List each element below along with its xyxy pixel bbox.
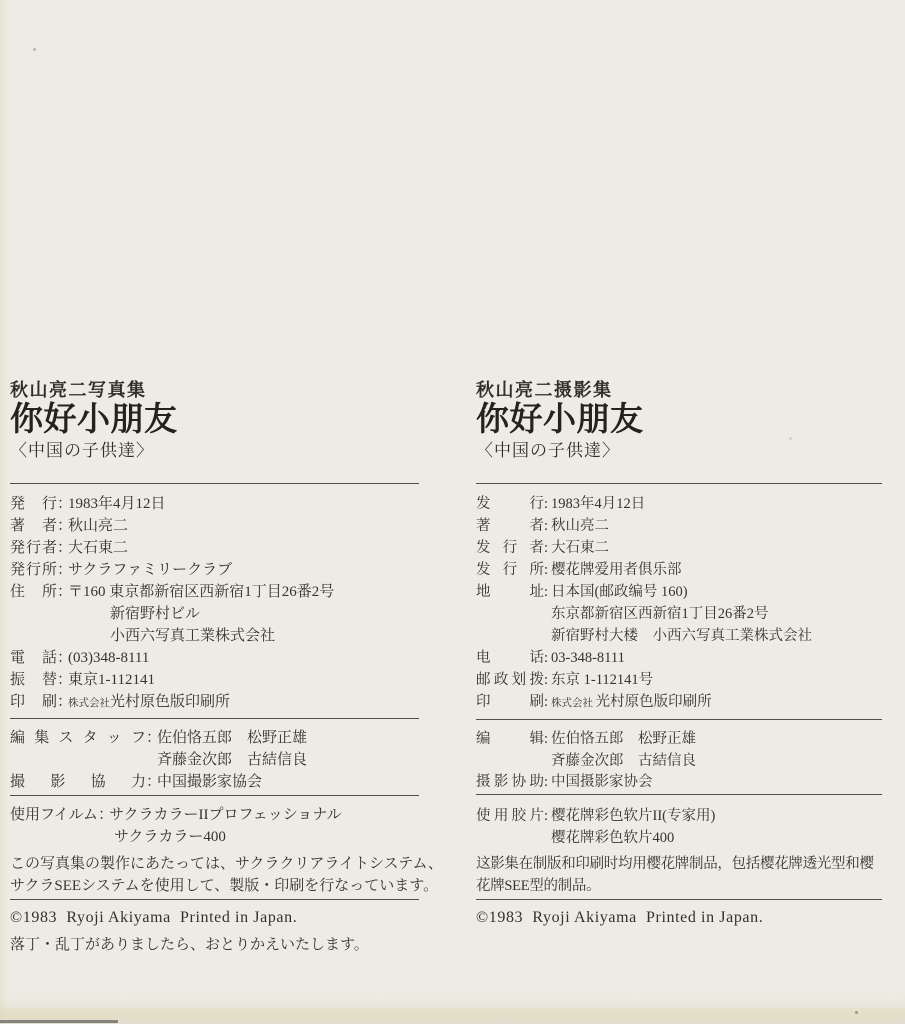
field-value: 大石東二 — [551, 540, 609, 556]
divider-rule — [476, 899, 882, 900]
field-label: 使用フイルム — [10, 804, 98, 826]
field-colon: ： — [146, 727, 157, 749]
field-colon: : — [544, 669, 551, 691]
field-value: (03)348-8111 — [68, 650, 149, 666]
divider-rule — [10, 718, 419, 719]
field-label: 住 所 — [10, 581, 57, 603]
continuation-line: 新宿野村大楼 小西六写真工業株式会社 — [476, 625, 882, 647]
field-label: 编 辑 — [476, 728, 544, 750]
field-label: 发行者 — [476, 537, 544, 559]
field-label: 編 集 ス タ ッ フ — [10, 727, 146, 749]
left-column: 秋山亮二写真集 你好小朋友 〈中国の子供達〉 発 行：1983年4月12日 著 … — [10, 0, 419, 1024]
continuation-line: 斉藤金次郎 古結信良 — [10, 749, 419, 771]
field-colon: ： — [98, 804, 109, 826]
field-colon: ： — [57, 493, 68, 515]
field-colon: : — [544, 515, 551, 537]
field-label: 印 刷 — [476, 691, 544, 713]
field-colon: : — [544, 691, 551, 713]
field-value: サクラファミリークラブ — [68, 562, 232, 578]
field-value: 〒160 東京都新宿区西新宿1丁目26番2号 — [68, 584, 334, 600]
return-policy-line: 落丁・乱丁がありましたら、おとりかえいたします。 — [10, 934, 419, 956]
field-label: 电 话 — [476, 647, 544, 669]
field-row: 发 行:1983年4月12日 — [476, 493, 882, 515]
series-title: 秋山亮二摄影集 — [476, 379, 613, 401]
field-label: 発 行 — [10, 493, 57, 515]
field-value: 东京 1-112141号 — [551, 672, 653, 688]
field-label: 著 者 — [10, 515, 57, 537]
field-colon: : — [544, 728, 551, 750]
field-colon: : — [544, 647, 551, 669]
field-label: 发行所 — [476, 559, 544, 581]
field-value: 樱花牌爱用者俱乐部 — [551, 562, 682, 578]
field-value: 秋山亮二 — [68, 518, 128, 534]
field-row: 振 替：東京1-112141 — [10, 669, 419, 691]
field-colon: : — [544, 771, 551, 793]
field-label: 使用胶片 — [476, 805, 544, 827]
copyright-line: ©1983 Ryoji Akiyama Printed in Japan. — [476, 907, 882, 929]
field-label: 著 者 — [476, 515, 544, 537]
field-colon: : — [544, 805, 551, 827]
field-colon: ： — [57, 669, 68, 691]
field-row: 電 話：(03)348-8111 — [10, 647, 419, 669]
field-label: 印 刷 — [10, 691, 57, 713]
paper-edge-shading — [0, 0, 8, 1024]
field-row: 印 刷：株式会社光村原色版印刷所 — [10, 691, 419, 713]
field-row: 地 址:日本国(邮政编号 160) — [476, 581, 882, 603]
continuation-line: サクラカラー400 — [10, 826, 419, 848]
field-row: 印 刷:株式会社 光村原色版印刷所 — [476, 691, 882, 713]
field-value: 1983年4月12日 — [551, 496, 645, 512]
book-subtitle: 〈中国の子供達〉 — [476, 441, 620, 461]
field-row: 电 话:03-348-8111 — [476, 647, 882, 669]
field-row: 発行者：大石東二 — [10, 537, 419, 559]
field-row: 撮 影 協 力：中国撮影家協会 — [10, 771, 419, 793]
field-label: 発行所 — [10, 559, 57, 581]
book-title: 你好小朋友 — [10, 400, 178, 438]
field-label: 摄影协助 — [476, 771, 544, 793]
production-note-line: サクラSEEシステムを使用して、製版・印刷を行なっています。 — [10, 875, 419, 897]
production-note-line: 花牌SEE型的制品。 — [476, 875, 882, 897]
field-label: 振 替 — [10, 669, 57, 691]
field-colon: : — [544, 537, 551, 559]
field-row: 使用フイルム：サクラカラーIIプロフェッショナル — [10, 804, 419, 826]
field-label: 発行者 — [10, 537, 57, 559]
field-row: 住 所：〒160 東京都新宿区西新宿1丁目26番2号 — [10, 581, 419, 603]
field-colon: ： — [57, 581, 68, 603]
field-row: 邮政划拨:东京 1-112141号 — [476, 669, 882, 691]
divider-rule — [10, 795, 419, 796]
divider-rule — [476, 794, 882, 795]
field-row: 发行者:大石東二 — [476, 537, 882, 559]
field-row: 著 者：秋山亮二 — [10, 515, 419, 537]
field-value: 中国撮影家協会 — [157, 774, 262, 790]
book-subtitle: 〈中国の子供達〉 — [10, 441, 154, 461]
field-colon: ： — [146, 771, 157, 793]
field-label: 電 話 — [10, 647, 57, 669]
field-row: 著 者:秋山亮二 — [476, 515, 882, 537]
field-value: 日本国(邮政编号 160) — [551, 584, 688, 600]
continuation-line: 樱花牌彩色软片400 — [476, 827, 882, 849]
continuation-line: 小西六写真工業株式会社 — [10, 625, 419, 647]
field-value: 佐伯恪五郎 松野正雄 — [551, 731, 696, 747]
field-row: 編 集 ス タ ッ フ：佐伯恪五郎 松野正雄 — [10, 727, 419, 749]
field-value: 大石東二 — [68, 540, 128, 556]
copyright-line: ©1983 Ryoji Akiyama Printed in Japan. — [10, 907, 419, 929]
field-value: 光村原色版印刷所 — [110, 694, 230, 710]
field-row: 使用胶片:樱花牌彩色软片II(专家用) — [476, 805, 882, 827]
field-colon: : — [544, 493, 551, 515]
field-value: 佐伯恪五郎 松野正雄 — [157, 730, 307, 746]
right-column: 秋山亮二摄影集 你好小朋友 〈中国の子供達〉 发 行:1983年4月12日 著 … — [476, 0, 882, 1024]
field-colon: : — [544, 581, 551, 603]
field-value: サクラカラーIIプロフェッショナル — [109, 807, 342, 823]
production-note-line: 这影集在制版和印刷时均用樱花牌制品，包括樱花牌透光型和樱 — [476, 853, 882, 875]
field-value: 東京1-112141 — [68, 672, 155, 688]
field-row: 编 辑:佐伯恪五郎 松野正雄 — [476, 728, 882, 750]
field-colon: ： — [57, 691, 68, 713]
divider-rule — [476, 719, 882, 720]
company-prefix: 株式会社 — [68, 698, 110, 709]
continuation-line: 东京都新宿区西新宿1丁目26番2号 — [476, 603, 882, 625]
book-title: 你好小朋友 — [476, 400, 644, 438]
divider-rule — [10, 483, 419, 484]
continuation-line: 斉藤金次郎 古結信良 — [476, 750, 882, 772]
field-value: 樱花牌彩色软片II(专家用) — [551, 808, 715, 824]
field-label: 撮 影 協 力 — [10, 771, 146, 793]
field-label: 发 行 — [476, 493, 544, 515]
company-prefix: 株式会社 — [551, 698, 596, 709]
divider-rule — [476, 483, 882, 484]
continuation-line: 新宿野村ビル — [10, 603, 419, 625]
field-value: 1983年4月12日 — [68, 496, 166, 512]
field-colon: ： — [57, 559, 68, 581]
field-row: 摄影协助:中国摄影家协会 — [476, 771, 882, 793]
field-row: 发行所:樱花牌爱用者俱乐部 — [476, 559, 882, 581]
field-value: 秋山亮二 — [551, 518, 609, 534]
series-title: 秋山亮二写真集 — [10, 379, 147, 401]
field-colon: : — [544, 559, 551, 581]
divider-rule — [10, 899, 419, 900]
field-value: 中国摄影家协会 — [551, 774, 653, 790]
production-note-line: この写真集の製作にあたっては、サクラクリアライトシステム、 — [10, 853, 419, 875]
field-colon: ： — [57, 515, 68, 537]
field-label: 地 址 — [476, 581, 544, 603]
field-label: 邮政划拨 — [476, 669, 544, 691]
colophon-page: 秋山亮二写真集 你好小朋友 〈中国の子供達〉 発 行：1983年4月12日 著 … — [0, 0, 905, 1024]
field-row: 発 行：1983年4月12日 — [10, 493, 419, 515]
field-colon: ： — [57, 647, 68, 669]
field-value: 03-348-8111 — [551, 650, 625, 666]
field-value: 光村原色版印刷所 — [596, 694, 712, 710]
field-colon: ： — [57, 537, 68, 559]
field-row: 発行所：サクラファミリークラブ — [10, 559, 419, 581]
